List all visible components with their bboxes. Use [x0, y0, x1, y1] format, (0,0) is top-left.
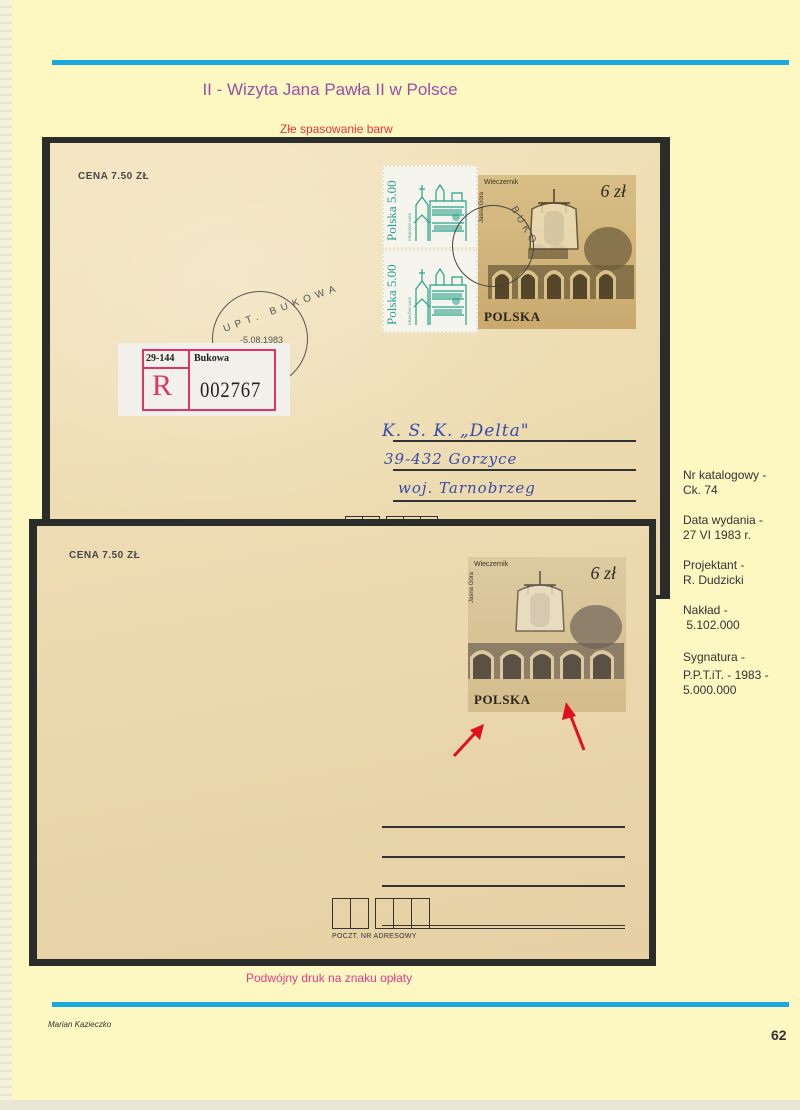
address-rule-1 — [393, 440, 636, 442]
info-issue-date: Data wydania -27 VI 1983 r. — [683, 513, 763, 543]
info-catalog: Nr katalogowy -Ck. 74 — [683, 468, 766, 498]
wieczernik-building-icon — [468, 571, 624, 683]
album-sleeve-edge — [0, 0, 12, 1100]
address-rule-2 — [382, 856, 625, 858]
page-number: 62 — [771, 1027, 787, 1043]
envelope-bottom-price: CENA 7.50 ZŁ — [69, 550, 140, 561]
zip-boxes-bottom — [332, 898, 430, 929]
imprinted-stamp-double-print: Wieczernik Jasna Góra 6 zł — [468, 557, 626, 712]
arrow-border-icon — [560, 700, 590, 754]
registration-label: 29-144 Bukowa R 002767 — [118, 343, 290, 416]
info-print-run: Nakład - 5.102.000 — [683, 603, 740, 633]
arrow-polska-icon — [450, 720, 490, 760]
top-rule — [52, 60, 789, 65]
registration-place: Bukowa — [194, 353, 229, 364]
registration-code: 29-144 — [146, 353, 174, 364]
address-rule-2 — [393, 469, 636, 471]
caption-double-print: Podwójny druk na znaku opłaty — [246, 971, 412, 985]
registration-number: 002767 — [200, 377, 261, 403]
caption-color-misregistration: Złe spasowanie barw — [280, 122, 393, 136]
info-signature: Sygnatura -P.P.T.iT. - 1983 -5.000.000 — [683, 650, 769, 698]
envelope-bottom: CENA 7.50 ZŁ Wieczernik Jasna Góra 6 zł — [37, 526, 649, 959]
info-designer: Projektant -R. Dudzicki — [683, 558, 744, 588]
zip-caption: POCZT. NR ADRESOWY — [332, 933, 417, 940]
registration-letter: R — [152, 369, 172, 403]
address-rule-3 — [393, 500, 636, 502]
address-line-3: woj. Tarnobrzeg — [398, 479, 536, 497]
page-bottom-edge — [0, 1100, 800, 1110]
envelope-top-price: CENA 7.50 ZŁ — [78, 171, 149, 182]
page-title: II - Wizyta Jana Pawła II w Polsce — [0, 80, 660, 100]
address-line-2: 39-432 Gorzyce — [384, 450, 517, 468]
author: Marian Kazieczko — [48, 1020, 111, 1029]
address-rule-1 — [382, 826, 625, 828]
bottom-rule — [52, 1002, 789, 1007]
address-line-1: K. S. K. „Delta" — [382, 421, 530, 441]
address-rule-3 — [382, 885, 625, 887]
